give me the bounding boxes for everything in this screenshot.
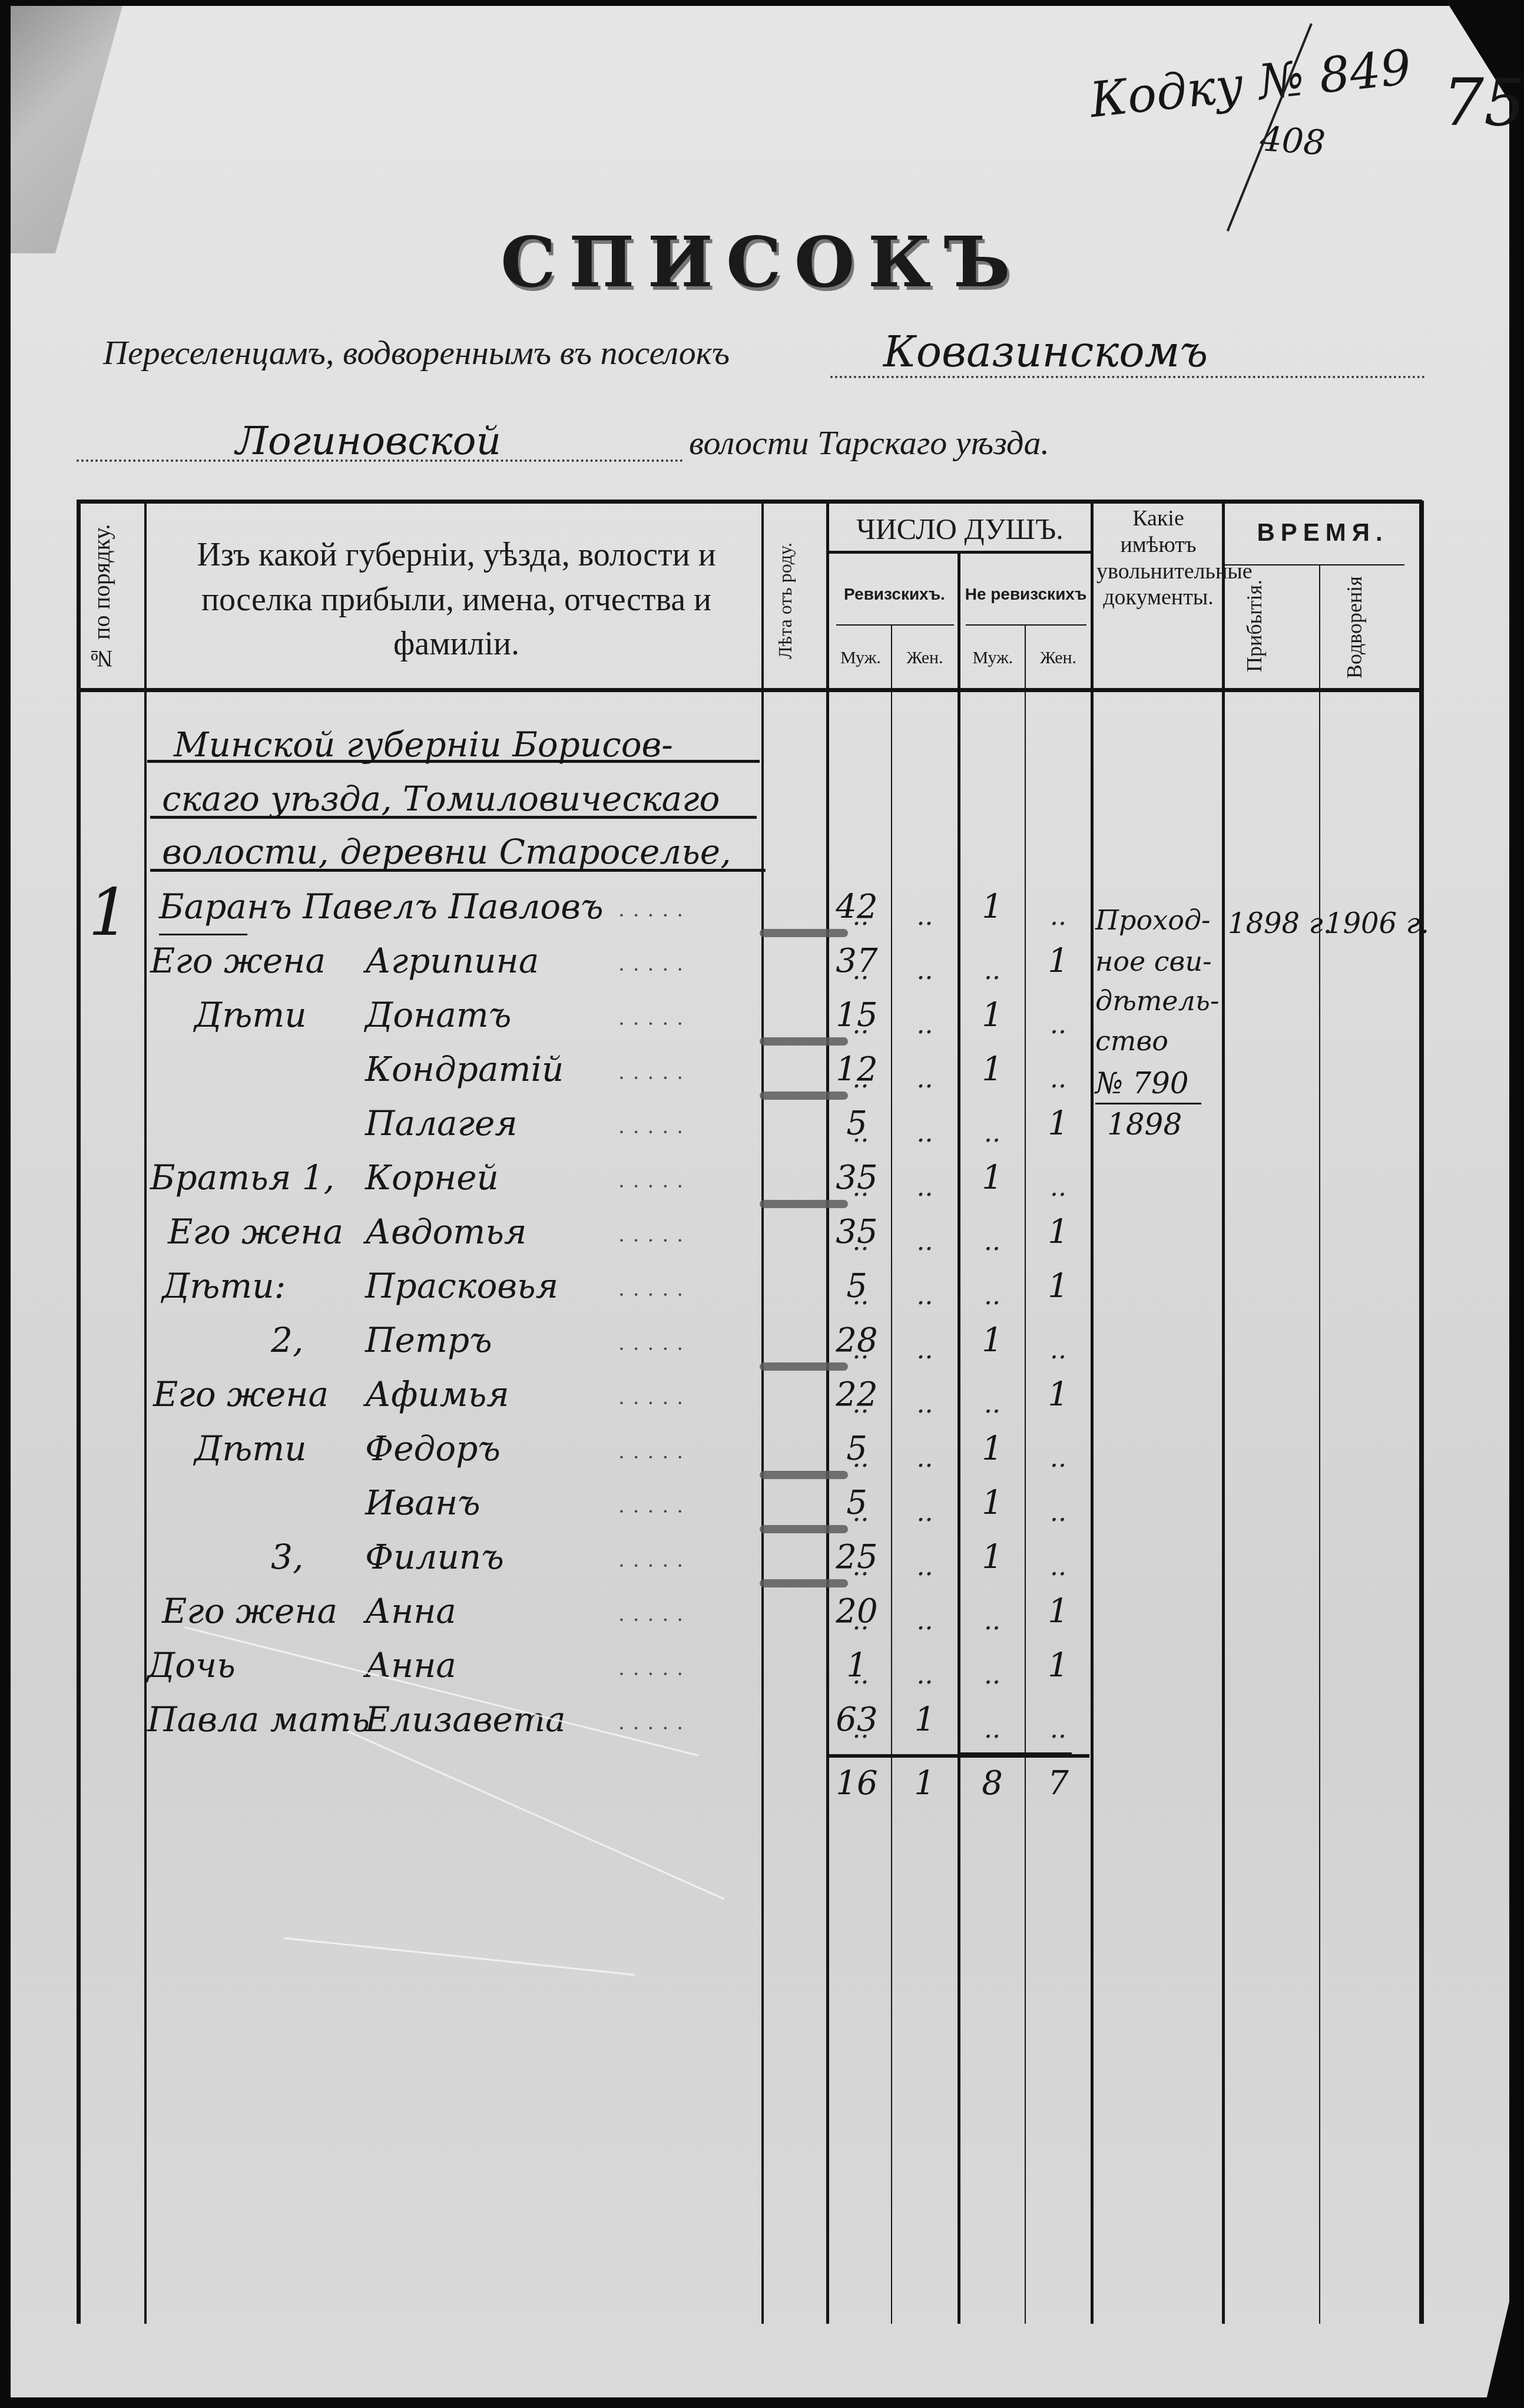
pencil-mark	[760, 1579, 848, 1587]
nonrev-male-value: 1	[960, 1484, 1025, 1522]
relation-label: 3,	[271, 1537, 303, 1577]
pencil-mark	[760, 929, 848, 937]
relation-label: Его жена	[150, 941, 326, 981]
rev-male-value: ..	[830, 1118, 891, 1148]
pencil-mark	[760, 1200, 848, 1208]
document-line: ство	[1095, 1025, 1168, 1057]
col-header-souls: ЧИСЛО ДУШЪ.	[830, 512, 1089, 547]
nonrev-female-value: ..	[1026, 1335, 1091, 1365]
origin-underline	[150, 869, 766, 872]
nonrev-male-value: ..	[960, 1226, 1025, 1256]
pencil-mark	[760, 1362, 848, 1371]
leader-dots: .....	[618, 1711, 691, 1735]
total-age-count: 16	[827, 1764, 886, 1802]
rev-female-value: ..	[892, 1064, 958, 1094]
leader-dots: .....	[618, 952, 691, 976]
col-rule-right	[1419, 501, 1424, 2324]
nonrev-male-value: 1	[960, 1050, 1025, 1089]
nonrev-male-value: ..	[960, 1714, 1025, 1744]
relation-label: Павла мать	[147, 1699, 370, 1739]
col-header-time: ВРЕМЯ.	[1226, 518, 1419, 547]
rev-female-value: ..	[892, 1281, 958, 1311]
col-header-nonrev-male: Муж.	[961, 648, 1025, 669]
person-name: Баранъ Павелъ Павловъ	[159, 887, 604, 927]
col-header-nonrevision: Не ревизскихъ	[961, 585, 1091, 604]
document-title: СПИСОКЪ	[0, 221, 1524, 303]
col-rule-nonrev-m	[1025, 624, 1026, 2324]
col-rule-origin	[761, 501, 764, 2324]
rev-female-value: ..	[892, 1606, 958, 1636]
person-name: Донатъ	[365, 995, 512, 1035]
rev-male-value: ..	[830, 1010, 891, 1040]
col-header-rev-male: Муж.	[830, 648, 891, 669]
rev-female-value: ..	[892, 1660, 958, 1690]
col-header-number: № по порядку.	[88, 512, 141, 683]
relation-label: 2,	[271, 1320, 303, 1360]
rev-female-value: ..	[892, 1172, 958, 1202]
rev-male-value: ..	[830, 1443, 891, 1473]
person-name: Филипъ	[365, 1537, 504, 1577]
origin-line: Минской губерніи Борисов-	[174, 725, 673, 765]
pencil-mark	[760, 1525, 848, 1533]
arrival-date: 1898 г.	[1228, 907, 1332, 940]
leader-dots: .....	[618, 898, 691, 922]
settlement-date: 1906 г.	[1325, 907, 1429, 940]
person-name: Анна	[365, 1591, 456, 1631]
col-header-origin: Изъ какой губерніи, уѣзда, волости и пос…	[177, 533, 736, 667]
person-name: Федоръ	[365, 1428, 501, 1468]
nonrev-female-value: 1	[1026, 1104, 1091, 1143]
total-rev-female: 1	[892, 1764, 957, 1802]
rev-male-value: ..	[830, 1606, 891, 1636]
district-label: волости Тарскаго уѣзда.	[689, 423, 1049, 462]
nonrev-male-value: 1	[960, 888, 1025, 926]
person-name: Афимья	[365, 1374, 509, 1414]
col-rule-rev-m	[891, 624, 892, 2324]
leader-dots: .....	[618, 1332, 691, 1355]
rev-female-value: ..	[892, 1226, 958, 1256]
document-line: Проход-	[1095, 904, 1211, 936]
nonrev-female-value: ..	[1026, 1064, 1091, 1094]
col-header-nonrev-female: Жен.	[1026, 648, 1091, 669]
nonrev-female-value: ..	[1026, 1552, 1091, 1582]
rev-male-value: ..	[830, 1226, 891, 1256]
rev-male-value: ..	[830, 1172, 891, 1202]
rev-male-value: ..	[830, 1714, 891, 1744]
relation-label: Дѣти	[194, 995, 307, 1035]
rev-female-value: ..	[892, 1118, 958, 1148]
rev-female-value: 1	[892, 1701, 958, 1739]
entry-number: 1	[88, 875, 130, 950]
rev-male-value: ..	[830, 1389, 891, 1419]
pencil-mark	[760, 1091, 848, 1100]
relation-label: Его жена	[162, 1591, 337, 1631]
nonrev-female-value: ..	[1026, 1714, 1091, 1744]
leader-dots: .....	[618, 1115, 691, 1139]
document-number: № 790	[1095, 1066, 1189, 1100]
document-year: 1898	[1107, 1107, 1182, 1142]
col-header-rev-female: Жен.	[892, 648, 958, 669]
volost-name: Логиновской	[236, 418, 501, 464]
col-rule-docs	[1222, 501, 1225, 2324]
rev-female-value: ..	[892, 955, 958, 985]
col-header-documents: Какіе имѣютъ увольнительные документы.	[1096, 505, 1220, 611]
rev-male-value: ..	[830, 1064, 891, 1094]
person-name: Петръ	[365, 1320, 492, 1360]
relation-label: Дочь	[147, 1645, 236, 1685]
person-name: Палагея	[365, 1103, 518, 1143]
nonrev-female-value: 1	[1026, 942, 1091, 980]
person-name: Корней	[365, 1157, 499, 1198]
nonrev-male-value: ..	[960, 1660, 1025, 1690]
rev-male-value: ..	[830, 955, 891, 985]
nonrev-male-value: 1	[960, 1159, 1025, 1197]
settlement-name: Ковазинскомъ	[883, 327, 1208, 376]
nonrev-male-value: ..	[960, 1389, 1025, 1419]
leader-dots: .....	[618, 1603, 691, 1626]
total-nonrev-male: 8	[960, 1764, 1025, 1802]
col-rule-left	[77, 501, 81, 2324]
pencil-mark	[760, 1471, 848, 1479]
nonrev-male-value: 1	[960, 1538, 1025, 1576]
person-name: Елизавета	[365, 1699, 566, 1739]
nonrev-male-value: ..	[960, 955, 1025, 985]
col-rule-number	[144, 501, 147, 2324]
table-top-rule	[77, 500, 1422, 504]
person-name: Анна	[365, 1645, 456, 1685]
nonrev-male-value: ..	[960, 1118, 1025, 1148]
nonrev-female-value: ..	[1026, 1172, 1091, 1202]
nonrev-female-value: ..	[1026, 1010, 1091, 1040]
surname-underline	[159, 934, 247, 935]
nonrev-female-value: ..	[1026, 901, 1091, 931]
leader-dots: .....	[618, 1494, 691, 1518]
settlers-line-label: Переселенцамъ, водвореннымъ въ поселокъ	[103, 333, 730, 372]
person-name: Авдотья	[365, 1212, 526, 1252]
leader-dots: .....	[618, 1169, 691, 1193]
relation-label: Дѣти	[194, 1428, 307, 1468]
relation-label: Его жена	[153, 1374, 329, 1414]
rev-female-value: ..	[892, 901, 958, 931]
nonrev-male-value: ..	[960, 1606, 1025, 1636]
nonrev-male-value: 1	[960, 1430, 1025, 1468]
nonrev-female-value: ..	[1026, 1497, 1091, 1527]
document-line: дѣтель-	[1095, 985, 1219, 1017]
nonrev-female-value: 1	[1026, 1267, 1091, 1305]
rev-female-value: ..	[892, 1443, 958, 1473]
nonrev-female-value: 1	[1026, 1592, 1091, 1630]
rev-male-value: ..	[830, 1281, 891, 1311]
origin-line: скаго уѣзда, Томиловическаго	[162, 779, 720, 819]
col-rule-arrival	[1319, 565, 1320, 2324]
pencil-mark	[760, 1037, 848, 1046]
origin-underline	[147, 760, 760, 763]
rev-male-value: ..	[830, 901, 891, 931]
document-line: ное сви-	[1095, 945, 1212, 977]
leader-dots: .....	[618, 1386, 691, 1410]
person-name: Агрипина	[365, 941, 539, 981]
nonrev-male-value: 1	[960, 1321, 1025, 1360]
relation-label: Дѣти:	[162, 1266, 286, 1306]
leader-dots: .....	[618, 1440, 691, 1464]
person-name: Иванъ	[365, 1483, 481, 1523]
rev-male-value: ..	[830, 1552, 891, 1582]
leader-dots: .....	[618, 1061, 691, 1084]
nonrev-male-value: 1	[960, 996, 1025, 1034]
revision-rule	[836, 624, 954, 626]
rev-male-value: ..	[830, 1497, 891, 1527]
nonrev-female-value: 1	[1026, 1646, 1091, 1685]
leader-dots: .....	[618, 1007, 691, 1030]
totals-rule-right	[960, 1752, 1072, 1756]
col-header-settlement: Водворенія	[1343, 568, 1407, 686]
leader-dots: .....	[618, 1549, 691, 1572]
nonrev-female-value: ..	[1026, 1443, 1091, 1473]
nonrev-male-value: ..	[960, 1281, 1025, 1311]
rev-male-value: ..	[830, 1335, 891, 1365]
rev-female-value: ..	[892, 1552, 958, 1582]
col-header-arrival: Прибытія.	[1243, 568, 1307, 683]
col-header-age: Лѣта отъ роду.	[774, 518, 821, 683]
leader-dots: .....	[618, 1278, 691, 1301]
nonrev-female-value: 1	[1026, 1213, 1091, 1251]
rev-female-value: ..	[892, 1335, 958, 1365]
rev-male-value: ..	[830, 1660, 891, 1690]
folio-number: 75	[1443, 65, 1524, 140]
col-rule-nonrev	[1091, 501, 1094, 2324]
col-header-revision: Ревизскихъ.	[830, 585, 959, 604]
relation-label: Братья 1,	[150, 1157, 334, 1198]
origin-line: волости, деревни Старосельe,	[162, 832, 731, 872]
rev-female-value: ..	[892, 1389, 958, 1419]
leader-dots: .....	[618, 1223, 691, 1247]
person-name: Прасковья	[365, 1266, 558, 1306]
nonrev-female-value: 1	[1026, 1375, 1091, 1414]
leader-dots: .....	[618, 1657, 691, 1681]
rev-female-value: ..	[892, 1497, 958, 1527]
person-name: Кондратій	[365, 1049, 564, 1089]
rev-female-value: ..	[892, 1010, 958, 1040]
total-nonrev-female: 7	[1026, 1764, 1091, 1802]
document-fraction-rule	[1095, 1103, 1201, 1104]
header-bottom-rule	[77, 688, 1422, 692]
nonrevision-rule	[966, 624, 1086, 626]
relation-label: Его жена	[168, 1212, 343, 1252]
origin-underline	[150, 816, 757, 819]
